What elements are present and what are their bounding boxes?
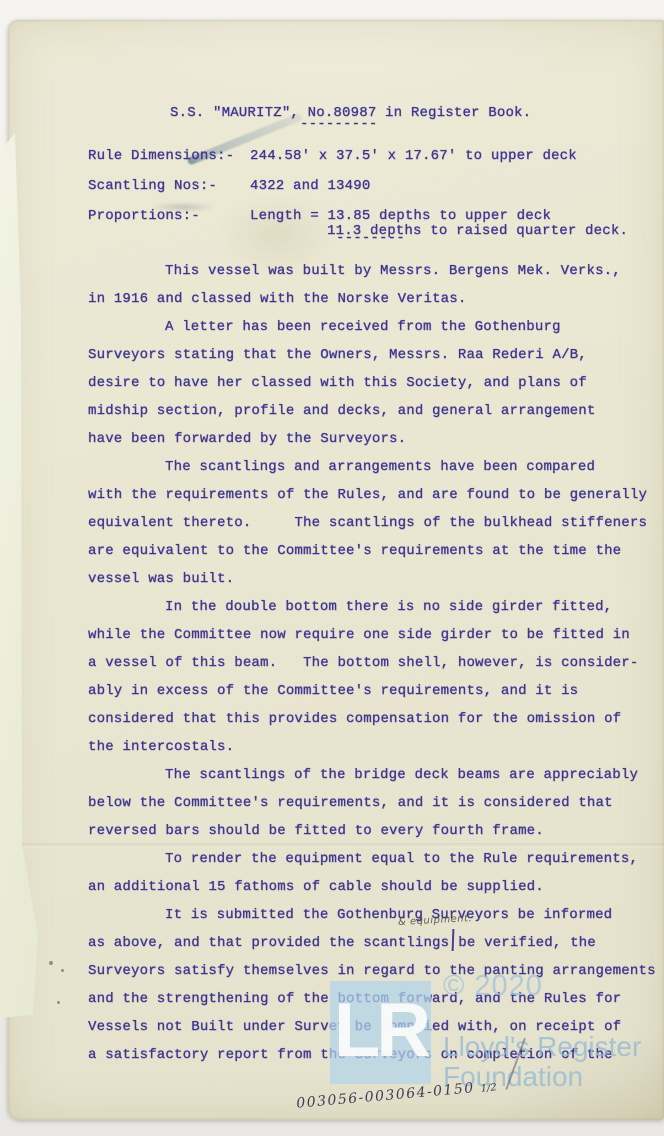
- paragraph: The scantlings of the bridge deck beams …: [88, 761, 656, 845]
- paragraph: This vessel was built by Messrs. Bergens…: [88, 257, 656, 313]
- text-line: as above, and that provided the scantlin…: [88, 929, 656, 957]
- meta-value-line: 4322 and 13490: [250, 179, 370, 194]
- text-line: ably in excess of the Committee's requir…: [88, 677, 656, 705]
- text-line: Vessels not Built under Survey be compli…: [88, 1013, 656, 1041]
- meta-value-line: 244.58' x 37.5' x 17.67' to upper deck: [250, 149, 577, 164]
- paper-speck: [61, 969, 64, 972]
- text-line: This vessel was built by Messrs. Bergens…: [88, 257, 656, 285]
- section-divider-dashes: --------: [336, 231, 405, 246]
- text-line: an additional 15 fathoms of cable should…: [88, 873, 656, 901]
- text-line: vessel was built.: [88, 565, 656, 593]
- text-line: It is submitted the Gothenburg Surveyors…: [88, 901, 656, 929]
- text-line: with the requirements of the Rules, and …: [88, 481, 656, 509]
- paragraph: The scantlings and arrangements have bee…: [88, 453, 656, 593]
- meta-value-line: 11.3 depths to raised quarter deck.: [250, 224, 628, 239]
- reference-number-fraction: 1/2: [480, 1082, 497, 1094]
- document-body: This vessel was built by Messrs. Bergens…: [88, 257, 656, 1069]
- meta-value: 244.58' x 37.5' x 17.67' to upper deck: [250, 149, 577, 164]
- paragraph: To render the equipment equal to the Rul…: [88, 845, 656, 901]
- text-line: midship section, profile and decks, and …: [88, 397, 656, 425]
- meta-label: Rule Dimensions:-: [88, 149, 250, 164]
- text-line: reversed bars should be fitted to every …: [88, 817, 656, 845]
- meta-label: Scantling Nos:-: [88, 179, 250, 194]
- text-line: and the strengthening of the bottom forw…: [88, 985, 656, 1013]
- text-line: In the double bottom there is no side gi…: [88, 593, 656, 621]
- meta-row: Rule Dimensions:-244.58' x 37.5' x 17.67…: [88, 149, 628, 164]
- text-line: Surveyors satisfy themselves in regard t…: [88, 957, 656, 985]
- meta-value: 4322 and 13490: [250, 179, 370, 194]
- paper-speck: [57, 1001, 60, 1004]
- meta-row: Scantling Nos:-4322 and 13490: [88, 179, 628, 194]
- pencil-underlined-phrase: below the Committee's requirements,: [88, 795, 389, 811]
- pencil-underlined-phrase: are appreciably: [509, 767, 638, 783]
- paragraph: In the double bottom there is no side gi…: [88, 593, 656, 761]
- caret-mark: [449, 929, 459, 951]
- text-line: desire to have her classed with this Soc…: [88, 369, 656, 397]
- pencil-underlined-phrase: Norske Veritas.: [337, 291, 466, 307]
- text-line: A letter has been received from the Goth…: [88, 313, 656, 341]
- text-line: equivalent thereto. The scantlings of th…: [88, 509, 656, 537]
- text-line: are equivalent to the Committee's requir…: [88, 537, 656, 565]
- title-underline-dashes: ---------: [300, 117, 377, 132]
- paragraph: A letter has been received from the Goth…: [88, 313, 656, 453]
- text-line: Surveyors stating that the Owners, Messr…: [88, 341, 656, 369]
- text-line: considered that this provides compensati…: [88, 705, 656, 733]
- text-line: The scantlings and arrangements have bee…: [88, 453, 656, 481]
- text-line: while the Committee now require one side…: [88, 621, 656, 649]
- text-line: in 1916 and classed with the Norske Veri…: [88, 285, 656, 313]
- text-line: the intercostals.: [88, 733, 656, 761]
- paper-speck: [49, 961, 53, 965]
- text-line: The scantlings of the bridge deck beams …: [88, 761, 656, 789]
- text-line: have been forwarded by the Surveyors.: [88, 425, 656, 453]
- meta-label: Proportions:-: [88, 209, 250, 224]
- meta-value-line: Length = 13.85 depths to upper deck: [250, 209, 628, 224]
- text-line: a vessel of this beam. The bottom shell,…: [88, 649, 656, 677]
- paragraph: It is submitted the Gothenburg Surveyors…: [88, 901, 656, 1069]
- meta-value: Length = 13.85 depths to upper deck11.3 …: [250, 209, 628, 239]
- text-line: To render the equipment equal to the Rul…: [88, 845, 656, 873]
- text-line: below the Committee's requirements, and …: [88, 789, 656, 817]
- text-line: a satisfactory report from the Surveyors…: [88, 1041, 656, 1069]
- document-scan: S.S. "MAURITZ", No.80987 in Register Boo…: [0, 0, 664, 1136]
